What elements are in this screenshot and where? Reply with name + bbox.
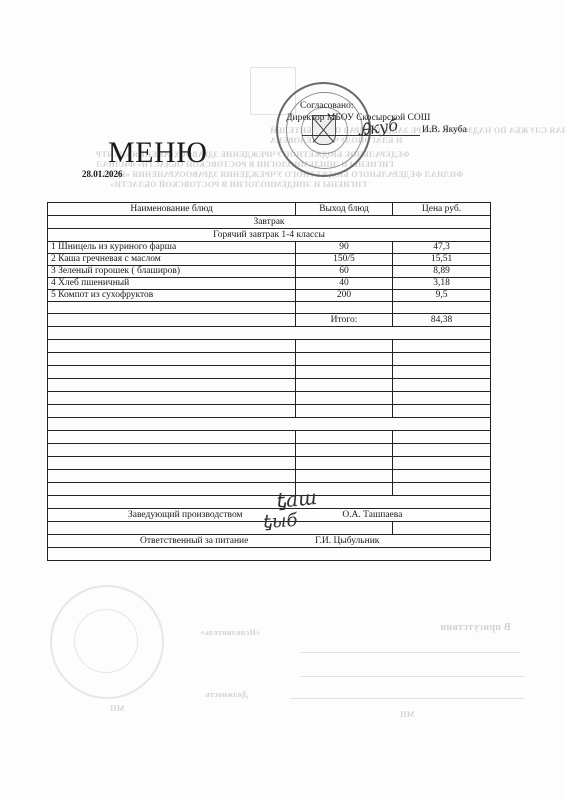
menu-date: 28.01.2026 bbox=[82, 169, 123, 179]
table-row: 4 Хлеб пшеничный 40 3,18 bbox=[48, 278, 491, 290]
dish-name: 2 Каша гречневая с маслом bbox=[48, 254, 296, 266]
nutrition-responsible-row: Ответственный за питание Г.И. Цыбульник bbox=[48, 535, 491, 548]
empty-row bbox=[48, 392, 491, 405]
bleed-through-text: В присутствии bbox=[440, 622, 511, 633]
dish-name: 3 Зеленый горошек ( блаширов) bbox=[48, 266, 296, 278]
bleed-through-line bbox=[300, 652, 520, 653]
table-header-row: Наименование блюд Выход блюд Цена руб. bbox=[48, 203, 491, 216]
section-row: Горячий завтрак 1-4 классы bbox=[48, 229, 491, 242]
dish-portion: 150/5 bbox=[296, 254, 393, 266]
dish-price: 3,18 bbox=[393, 278, 491, 290]
dish-price: 9,5 bbox=[393, 290, 491, 302]
production-head-title: Заведующий производством bbox=[128, 510, 243, 520]
section-label: Горячий завтрак 1-4 классы bbox=[48, 229, 491, 242]
dish-price: 47,3 bbox=[393, 242, 491, 254]
dish-portion: 60 bbox=[296, 266, 393, 278]
nutrition-responsible-title: Ответственный за питание bbox=[140, 536, 248, 546]
empty-row bbox=[48, 353, 491, 366]
dish-portion: 40 bbox=[296, 278, 393, 290]
empty-row bbox=[48, 340, 491, 353]
bleed-through-text: МП bbox=[400, 710, 414, 719]
meal-row: Завтрак bbox=[48, 216, 491, 229]
table-row: 1 Шницель из куриного фарша 90 47,3 bbox=[48, 242, 491, 254]
production-head-name: О.А. Ташпаева bbox=[342, 510, 402, 520]
meal-label: Завтрак bbox=[48, 216, 491, 229]
dish-portion: 90 bbox=[296, 242, 393, 254]
empty-row bbox=[48, 548, 491, 561]
total-value: 84,38 bbox=[393, 314, 491, 327]
bleed-through-text: ФИЛИАЛ ФЕДЕРАЛЬНОГО БЮДЖЕТНОГО УЧРЕЖДЕНИ… bbox=[96, 170, 463, 179]
empty-row bbox=[48, 327, 491, 340]
page-title: МЕНЮ bbox=[108, 136, 208, 170]
bleed-through-stamp bbox=[50, 585, 164, 699]
empty-row bbox=[48, 379, 491, 392]
dish-name: 1 Шницель из куриного фарша bbox=[48, 242, 296, 254]
header-dish-name: Наименование блюд bbox=[48, 203, 296, 216]
table-row: 3 Зеленый горошек ( блаширов) 60 8,89 bbox=[48, 266, 491, 278]
dish-name: 5 Компот из сухофруктов bbox=[48, 290, 296, 302]
header-price: Цена руб. bbox=[393, 203, 491, 216]
bleed-through-text: ГИГИЕНЫ И ЭПИДЕМИОЛОГИИ В РОСТОВСКОЙ ОБЛ… bbox=[110, 180, 367, 189]
nutrition-responsible-cell: Ответственный за питание Г.И. Цыбульник bbox=[48, 535, 491, 548]
empty-row bbox=[48, 366, 491, 379]
bleed-through-text: МП bbox=[110, 704, 124, 713]
nutrition-responsible-name: Г.И. Цыбульник bbox=[315, 536, 379, 546]
table-row: 5 Компот из сухофруктов 200 9,5 bbox=[48, 290, 491, 302]
bleed-through-text: «Исполнитель» bbox=[200, 628, 260, 637]
total-row: Итого: 84,38 bbox=[48, 314, 491, 327]
approval-label: Согласовано: bbox=[300, 100, 353, 112]
dish-price: 15,51 bbox=[393, 254, 491, 266]
empty-row bbox=[48, 418, 491, 431]
bleed-through-text: Должность bbox=[205, 690, 248, 699]
dish-price: 8,89 bbox=[393, 266, 491, 278]
empty-row bbox=[48, 405, 491, 418]
table-row: 2 Каша гречневая с маслом 150/5 15,51 bbox=[48, 254, 491, 266]
total-label: Итого: bbox=[296, 314, 393, 327]
empty-row bbox=[48, 470, 491, 483]
menu-table: Наименование блюд Выход блюд Цена руб. З… bbox=[47, 202, 491, 561]
approval-name: И.В. Якуба bbox=[422, 124, 467, 136]
empty-row bbox=[48, 496, 491, 509]
bleed-through-line bbox=[290, 698, 525, 699]
empty-row bbox=[48, 302, 491, 314]
dish-portion: 200 bbox=[296, 290, 393, 302]
empty-row bbox=[48, 444, 491, 457]
bleed-through-line bbox=[300, 676, 525, 677]
empty-row bbox=[48, 431, 491, 444]
empty-row bbox=[48, 483, 491, 496]
empty-row bbox=[48, 457, 491, 470]
nutrition-responsible-signature: Ꮏыб bbox=[261, 510, 298, 533]
dish-name: 4 Хлеб пшеничный bbox=[48, 278, 296, 290]
header-portion: Выход блюд bbox=[296, 203, 393, 216]
